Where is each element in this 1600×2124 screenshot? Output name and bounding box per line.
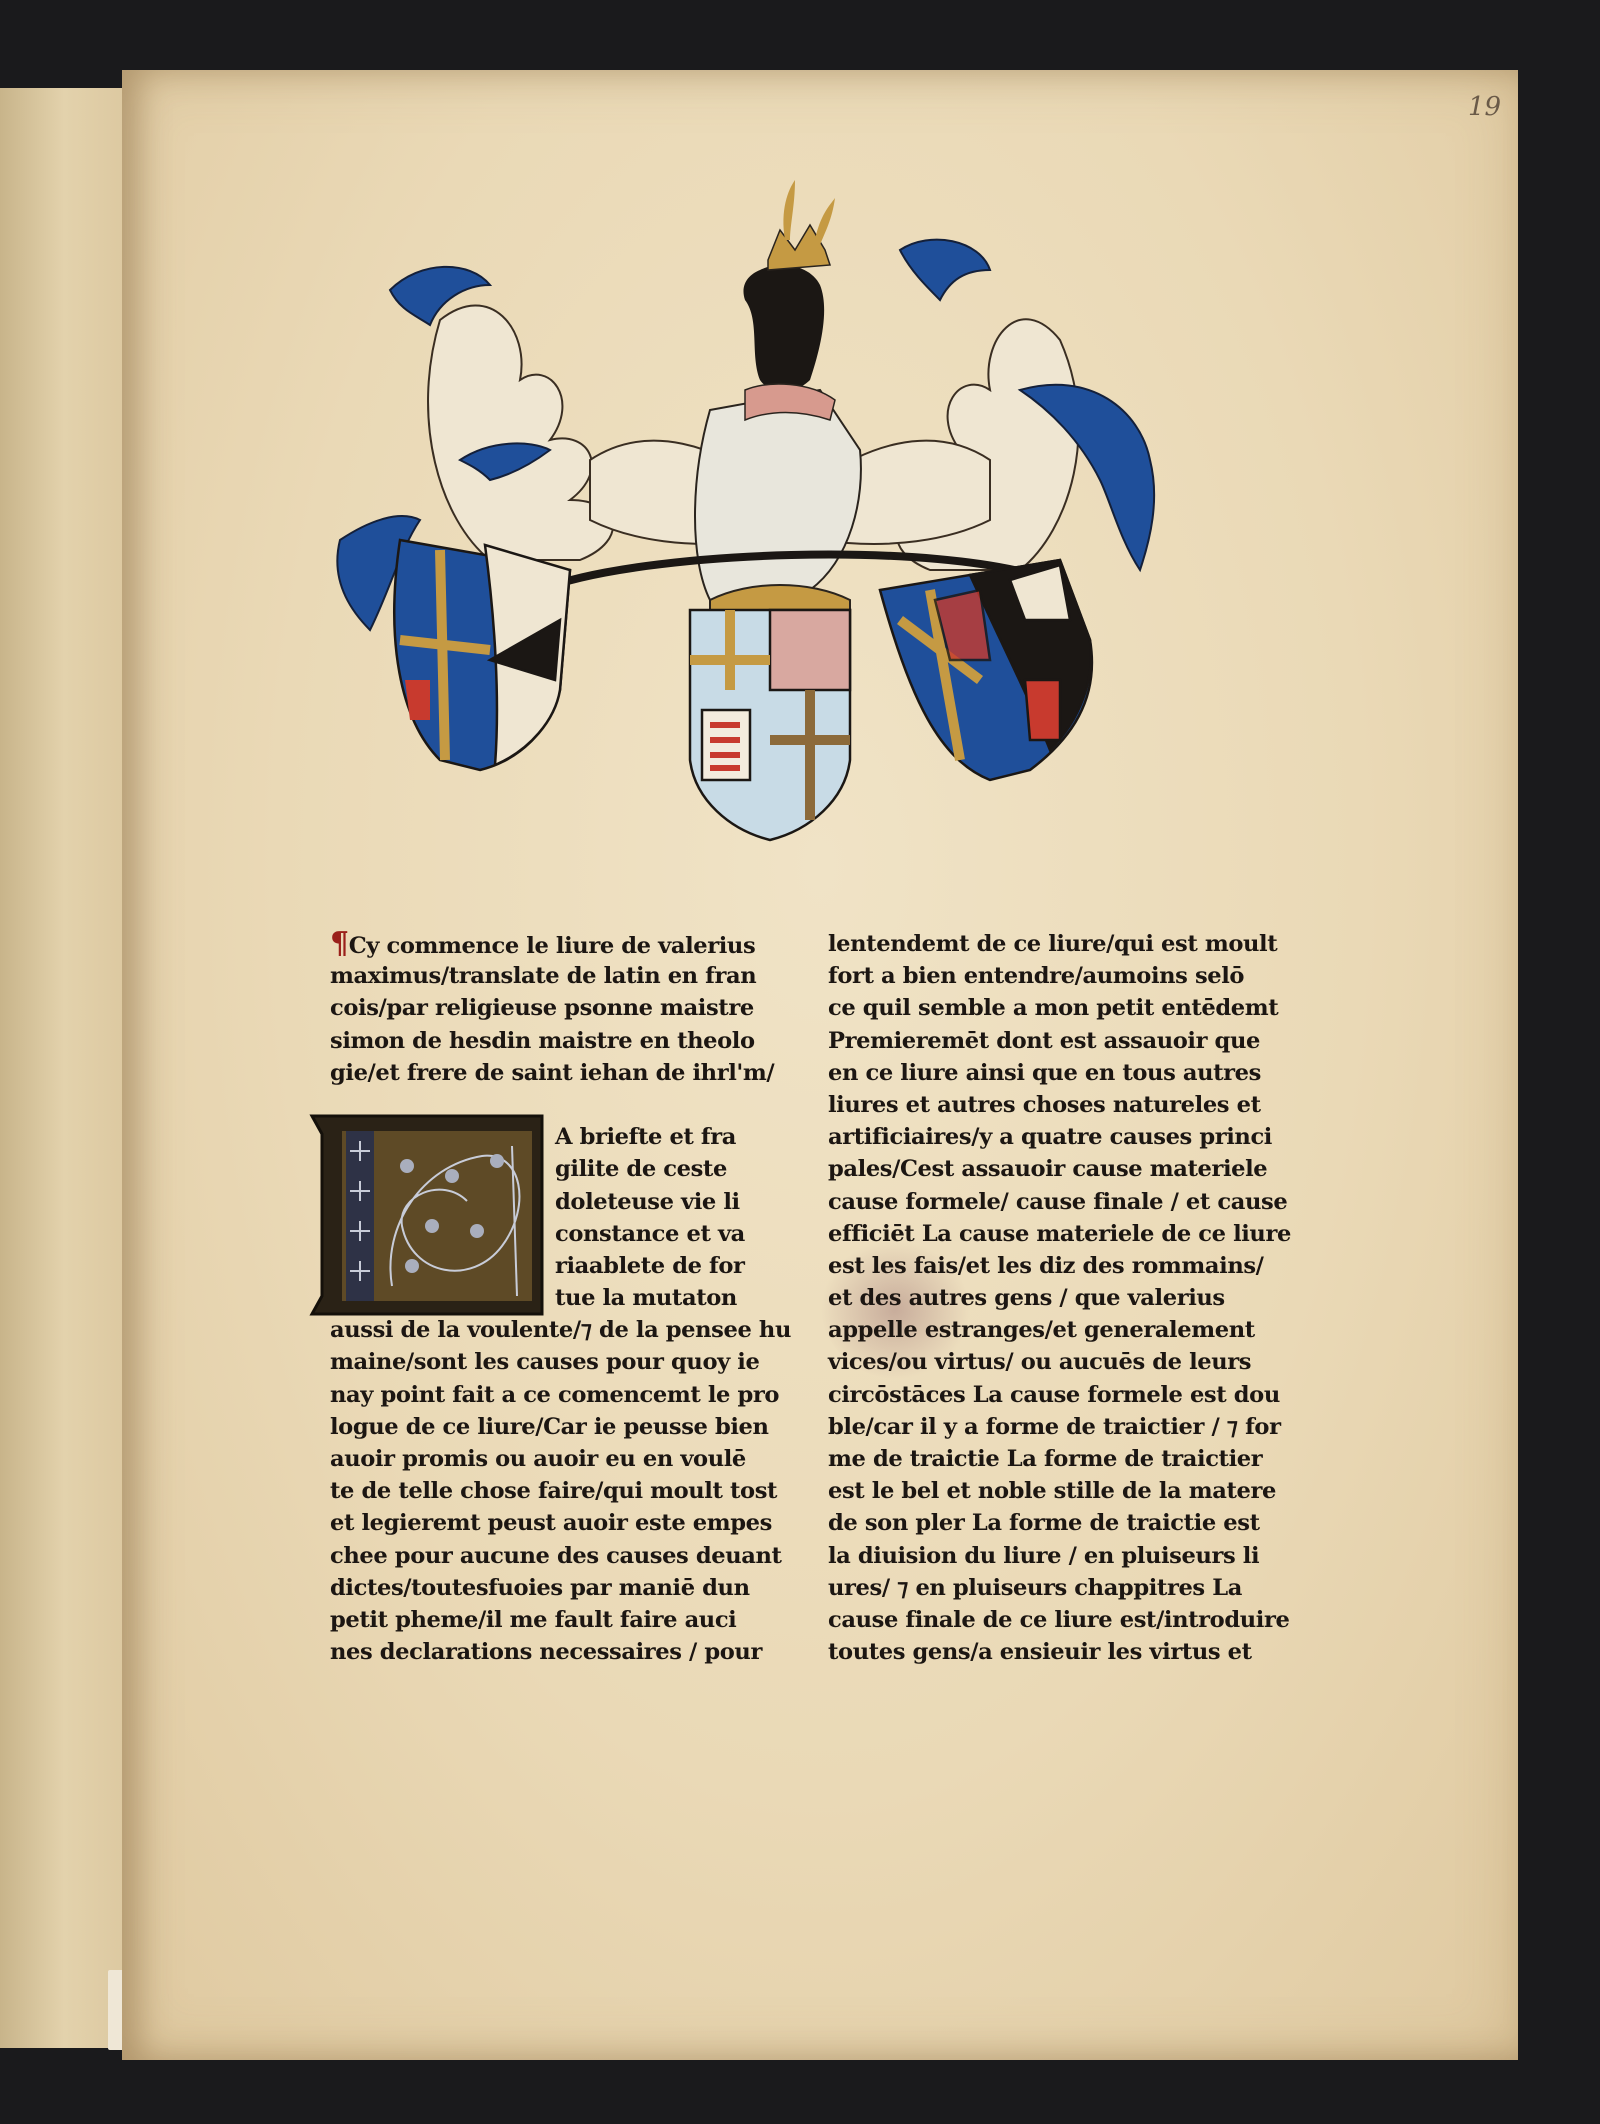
body-line: ce quil semble a mon petit entēdemt <box>828 992 1291 1024</box>
body-line: cause formele/ cause finale / et cause <box>828 1186 1291 1218</box>
body-line: circōstāces La cause formele est dou <box>828 1379 1291 1411</box>
coat-of-arms-illustration <box>290 120 1290 860</box>
body-line: Premieremēt dont est assauoir que <box>828 1025 1291 1057</box>
heading-line: cois/par religieuse psonne maistre <box>330 992 791 1024</box>
body-line: chee pour aucune des causes deuant <box>330 1540 791 1572</box>
body-line: petit pheme/il me fault faire auci <box>330 1604 791 1636</box>
body-line: constance et va <box>330 1218 791 1250</box>
body-line: ble/car il y a forme de traictier / ⁊ fo… <box>828 1411 1291 1443</box>
body-line: nay point fait a ce comencemt le pro <box>330 1379 791 1411</box>
body-line: logue de ce liure/Car ie peusse bien <box>330 1411 791 1443</box>
heading-line: simon de hesdin maistre en theolo <box>330 1025 791 1057</box>
heading-line: maximus/translate de latin en fran <box>330 960 791 992</box>
body-line: de son pler La forme de traictie est <box>828 1507 1291 1539</box>
body-line: et legieremt peust auoir este empes <box>330 1507 791 1539</box>
body-line: gilite de ceste <box>330 1153 791 1185</box>
body-line: riaablete de for <box>330 1250 791 1282</box>
left-text-column: ¶Cy commence le liure de valerius maximu… <box>330 928 791 1668</box>
body-line: auoir promis ou auoir eu en voulē <box>330 1443 791 1475</box>
body-line: tue la mutaton <box>330 1282 791 1314</box>
body-line: en ce liure ainsi que en tous autres <box>828 1057 1291 1089</box>
helm-icon <box>695 390 861 620</box>
body-line: pales/Cest assauoir cause materiele <box>828 1153 1291 1185</box>
body-line: toutes gens/a ensieuir les virtus et <box>828 1636 1291 1668</box>
body-line: ures/ ⁊ en pluiseurs chappitres La <box>828 1572 1291 1604</box>
heading-line: ¶Cy commence le liure de valerius <box>330 928 791 960</box>
right-shield-icon <box>880 560 1092 780</box>
body-line: nes declarations necessaires / pour <box>330 1636 791 1668</box>
body-line: cause finale de ce liure est/introduire <box>828 1604 1291 1636</box>
folio-number: 19 <box>1468 92 1501 122</box>
body-line: est le bel et noble stille de la matere <box>828 1475 1291 1507</box>
body-line: maine/sont les causes pour quoy ie <box>330 1346 791 1378</box>
body-line: dictes/toutesfuoies par maniē dun <box>330 1572 791 1604</box>
right-text-column: lentendemt de ce liure/qui est moult for… <box>828 928 1291 1668</box>
body-line: efficiēt La cause materiele de ce liure <box>828 1218 1291 1250</box>
body-line: te de telle chose faire/qui moult tost <box>330 1475 791 1507</box>
left-shield-icon <box>394 540 570 770</box>
body-line: lentendemt de ce liure/qui est moult <box>828 928 1291 960</box>
crest-beast-icon <box>743 180 835 420</box>
heading-line: gie/et frere de saint iehan de ihrl'm/ <box>330 1057 791 1089</box>
body-line: est les fais/et les diz des rommains/ <box>828 1250 1291 1282</box>
pilcrow-icon: ¶ <box>330 926 349 961</box>
body-line: la diuision du liure / en pluiseurs li <box>828 1540 1291 1572</box>
body-line: aussi de la voulente/⁊ de la pensee hu <box>330 1314 791 1346</box>
body-line: A briefte et fra <box>330 1121 791 1153</box>
body-line: doleteuse vie li <box>330 1186 791 1218</box>
center-shield-icon <box>690 610 850 840</box>
body-line: et des autres gens / que valerius <box>828 1282 1291 1314</box>
body-line: me de traictie La forme de traictier <box>828 1443 1291 1475</box>
body-line: vices/ou virtus/ ou aucuēs de leurs <box>828 1346 1291 1378</box>
body-line: artificiaires/y a quatre causes princi <box>828 1121 1291 1153</box>
body-line: appelle estranges/et generalement <box>828 1314 1291 1346</box>
body-line: fort a bien entendre/aumoins selō <box>828 960 1291 992</box>
spacer <box>330 1089 791 1121</box>
body-line: liures et autres choses natureles et <box>828 1089 1291 1121</box>
